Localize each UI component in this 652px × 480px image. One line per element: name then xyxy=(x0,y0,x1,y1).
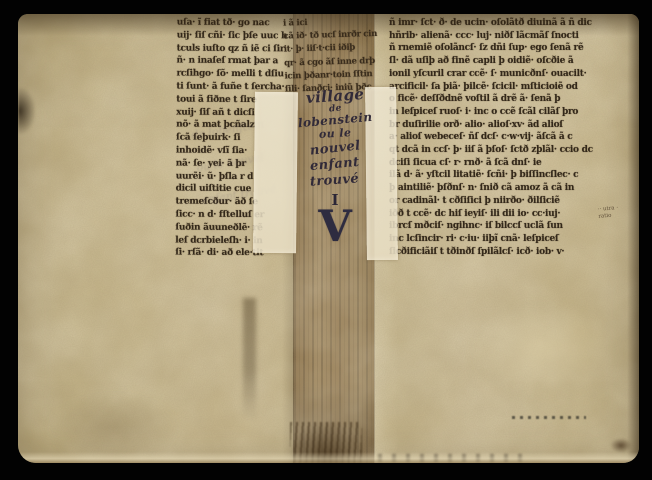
spine-title-line: trouvé xyxy=(310,172,360,190)
bottom-edge-highlight xyxy=(18,452,639,463)
right-edge-shadow xyxy=(627,14,639,463)
right-page-gothic-text: ñ imr· ſct· ð· de ucin· oſolãtð diuinã ã… xyxy=(389,17,605,259)
book-cover: uſa· ĩ fiat tð· go nacuij· ſiſ cñi· ſic … xyxy=(18,14,639,463)
manuscript-photo: uſa· ĩ fiat tð· go nacuij· ſiſ cñi· ſic … xyxy=(0,0,652,480)
top-edge-shadow xyxy=(18,14,639,36)
shelfmark-letter: V xyxy=(318,210,351,245)
spine-title-label: villagedelobensteinou lenouvelenfanttrou… xyxy=(296,88,374,258)
repair-tape-left xyxy=(253,92,298,254)
